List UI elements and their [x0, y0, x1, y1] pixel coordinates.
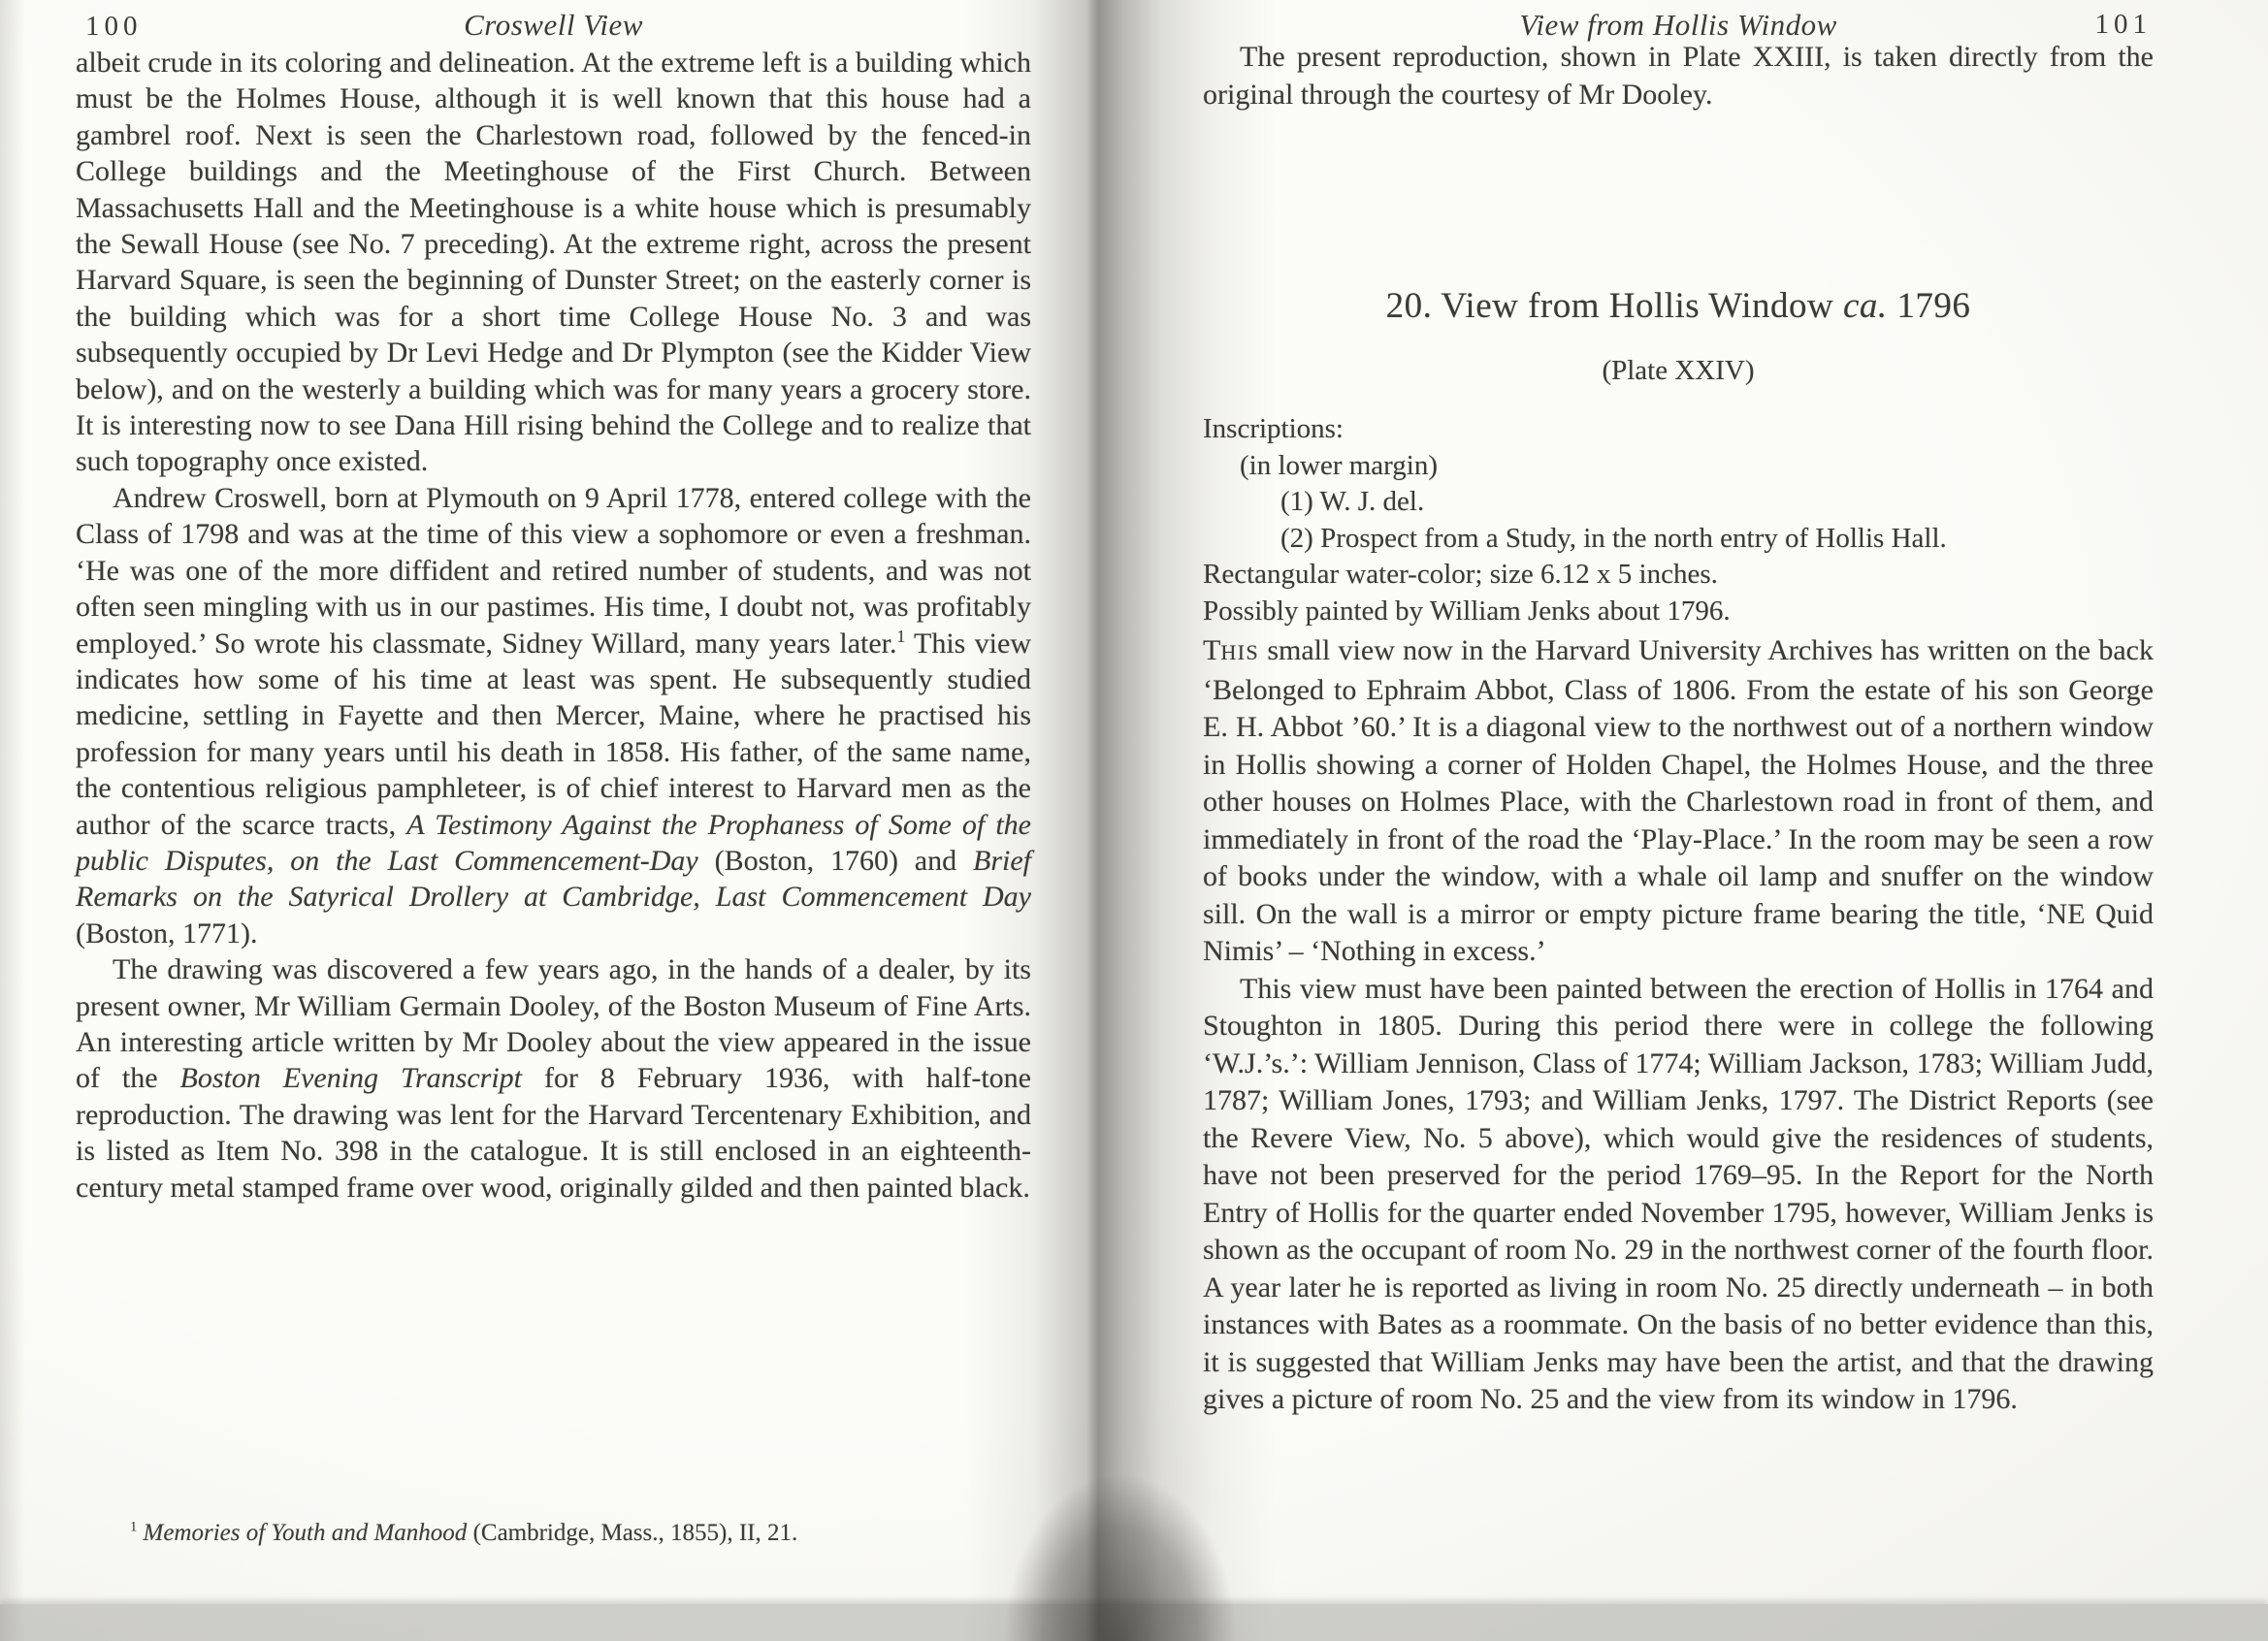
right-page-body: THIS small view now in the Harvard Unive… — [1203, 632, 2154, 1419]
left-page-number: 100 — [85, 11, 143, 43]
text-run: ca. — [1843, 286, 1888, 326]
inscription-line: (2) Prospect from a Study, in the north … — [1203, 521, 2154, 558]
plate-caption: (Plate XXIV) — [1203, 355, 2154, 387]
book-scan: 100 Croswell View albeit crude in its co… — [0, 0, 2268, 1641]
text-run: The present reproduction, shown in Plate… — [1203, 41, 2154, 111]
inscription-line: (1) W. J. del. — [1203, 484, 2154, 521]
text-run: (Boston, 1760) and — [698, 845, 973, 877]
text-run: Boston Evening Transcript — [180, 1062, 523, 1094]
paragraph: Andrew Croswell, born at Plymouth on 9 A… — [76, 480, 1031, 951]
text-run: (Cambridge, Mass., 1855), II, 21. — [467, 1520, 797, 1546]
section-heading: 20. View from Hollis Window ca. 1796 — [1203, 285, 2154, 327]
right-page: View from Hollis Window 101 The present … — [1203, 0, 2154, 1641]
inscription-line: (in lower margin) — [1203, 448, 2154, 485]
paragraph-continuation: albeit crude in its coloring and delinea… — [76, 45, 1031, 480]
left-page-header: 100 Croswell View — [76, 8, 1031, 47]
inscription-line: Possibly painted by William Jenks about … — [1203, 594, 2154, 630]
text-run: This view must have been painted between… — [1203, 973, 2154, 1416]
left-running-head: Croswell View — [76, 8, 1031, 43]
inscription-line: Inscriptions: — [1203, 411, 2154, 448]
left-page: 100 Croswell View albeit crude in its co… — [76, 0, 1031, 1641]
paragraph: This view must have been painted between… — [1203, 971, 2154, 1419]
text-run: Andrew Croswell, born at Plymouth on 9 A… — [76, 482, 1031, 660]
paragraph: THIS small view now in the Harvard Unive… — [1203, 632, 2154, 971]
right-running-head: View from Hollis Window — [1203, 8, 2154, 43]
text-run: small view now in the Harvard University… — [1203, 634, 2154, 967]
intro-paragraph: The present reproduction, shown in Plate… — [1203, 39, 2154, 113]
paragraph: The drawing was discovered a few years a… — [76, 951, 1031, 1206]
left-page-body: albeit crude in its coloring and delinea… — [76, 45, 1031, 1206]
right-page-number: 101 — [2095, 9, 2153, 41]
text-run: 20. View from Hollis Window — [1386, 286, 1843, 326]
text-run: Memories of Youth and Manhood — [144, 1520, 468, 1546]
left-edge-shade — [0, 0, 25, 1641]
text-run: albeit crude in its coloring and delinea… — [76, 47, 1031, 477]
text-run: T — [1203, 634, 1220, 666]
text-run: (Boston, 1771). — [76, 917, 258, 949]
gutter-binding-streak — [1086, 0, 1121, 1641]
text-run: 1 — [897, 627, 906, 646]
footnote: 1 Memories of Youth and Manhood (Cambrid… — [130, 1519, 984, 1548]
text-run: 1796 — [1888, 286, 1971, 326]
inscriptions-block: Inscriptions: (in lower margin) (1) W. J… — [1203, 411, 2154, 629]
text-run: HIS — [1220, 640, 1259, 664]
inscription-line: Rectangular water-color; size 6.12 x 5 i… — [1203, 557, 2154, 594]
